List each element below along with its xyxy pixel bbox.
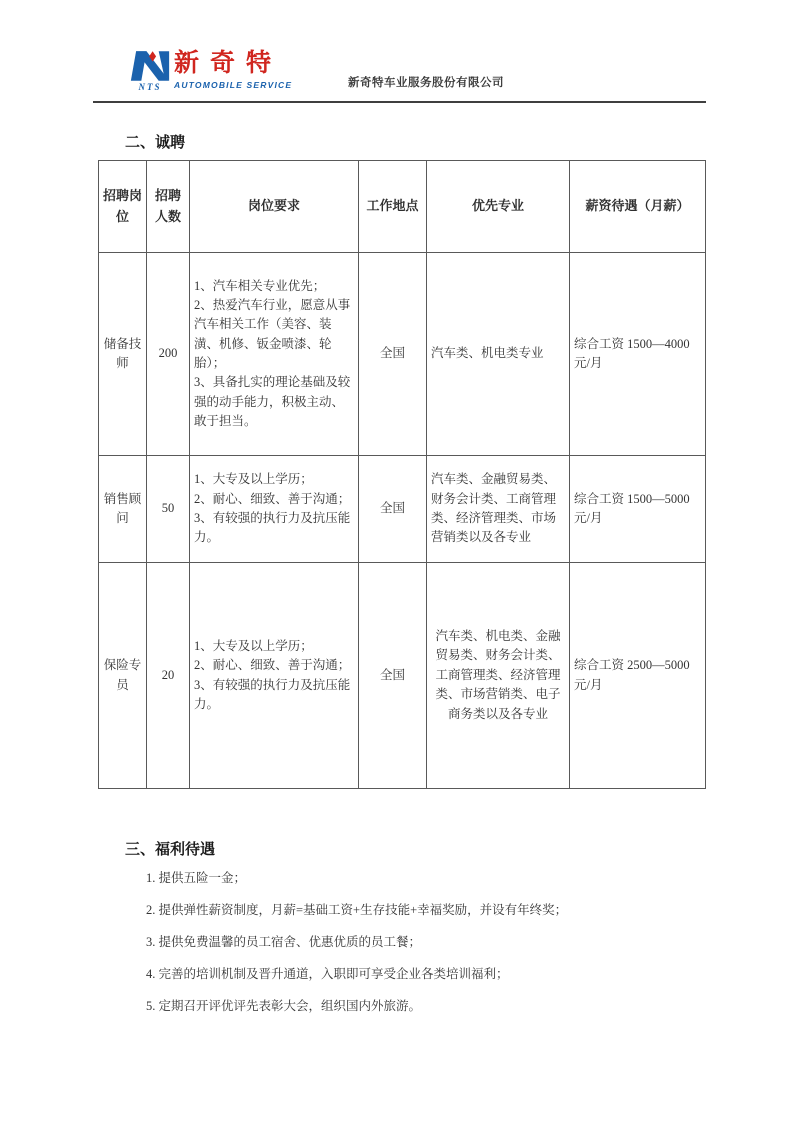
cell-majors: 汽车类、金融贸易类、财务会计类、工商管理类、经济管理类、市场营销类以及各专业 [427, 456, 570, 563]
cell-majors: 汽车类、机电类专业 [427, 253, 570, 456]
col-header-salary: 薪资待遇（月薪） [570, 161, 706, 253]
cell-salary: 综合工资 2500—5000元/月 [570, 563, 706, 789]
company-name: 新奇特车业服务股份有限公司 [348, 74, 504, 90]
cell-headcount: 20 [147, 563, 190, 789]
benefits-list: 1. 提供五险一金； 2. 提供弹性薪资制度，月薪=基础工资+生存技能+幸福奖励… [146, 869, 567, 1029]
nts-n-logo-icon [130, 50, 170, 82]
benefit-item: 5. 定期召开评优评先表彰大会，组织国内外旅游。 [146, 997, 567, 1016]
cell-majors: 汽车类、机电类、金融贸易类、财务会计类、工商管理类、经济管理类、市场营销类、电子… [427, 563, 570, 789]
cell-salary: 综合工资 1500—5000元/月 [570, 456, 706, 563]
logo-brand-chinese: 新奇特 [174, 50, 292, 78]
company-logo: NTS 新奇特 AUTOMOBILE SERVICE [130, 50, 292, 92]
benefit-item: 2. 提供弹性薪资制度，月薪=基础工资+生存技能+幸福奖励，并设有年终奖； [146, 901, 567, 920]
table-header-row: 招聘岗位 招聘人数 岗位要求 工作地点 优先专业 薪资待遇（月薪） [99, 161, 706, 253]
cell-location: 全国 [359, 563, 427, 789]
benefit-item: 1. 提供五险一金； [146, 869, 567, 888]
cell-headcount: 200 [147, 253, 190, 456]
col-header-requirements: 岗位要求 [190, 161, 359, 253]
cell-position: 保险专员 [99, 563, 147, 789]
benefit-item: 4. 完善的培训机制及晋升通道，入职即可享受企业各类培训福利； [146, 965, 567, 984]
cell-position: 储备技师 [99, 253, 147, 456]
cell-requirements: 1、大专及以上学历； 2、耐心、细致、善于沟通； 3、有较强的执行力及抗压能力。 [190, 563, 359, 789]
recruit-table-wrap: 招聘岗位 招聘人数 岗位要求 工作地点 优先专业 薪资待遇（月薪） 储备技师 2… [98, 160, 705, 789]
cell-requirements: 1、大专及以上学历； 2、耐心、细致、善于沟通； 3、有较强的执行力及抗压能力。 [190, 456, 359, 563]
col-header-headcount: 招聘人数 [147, 161, 190, 253]
header-divider [93, 101, 706, 103]
table-row: 销售顾问 50 1、大专及以上学历； 2、耐心、细致、善于沟通； 3、有较强的执… [99, 456, 706, 563]
cell-position: 销售顾问 [99, 456, 147, 563]
col-header-location: 工作地点 [359, 161, 427, 253]
col-header-majors: 优先专业 [427, 161, 570, 253]
col-header-position: 招聘岗位 [99, 161, 147, 253]
recruit-table: 招聘岗位 招聘人数 岗位要求 工作地点 优先专业 薪资待遇（月薪） 储备技师 2… [98, 160, 706, 789]
cell-headcount: 50 [147, 456, 190, 563]
logo-brand-english: AUTOMOBILE SERVICE [174, 81, 292, 90]
cell-requirements: 1、汽车相关专业优先； 2、热爱汽车行业，愿意从事汽车相关工作（美容、装潢、机修… [190, 253, 359, 456]
cell-location: 全国 [359, 456, 427, 563]
document-page: NTS 新奇特 AUTOMOBILE SERVICE 新奇特车业服务股份有限公司… [0, 0, 799, 1131]
logo-brand-column: 新奇特 AUTOMOBILE SERVICE [174, 50, 292, 89]
document-header: NTS 新奇特 AUTOMOBILE SERVICE 新奇特车业服务股份有限公司 [130, 50, 705, 98]
benefit-item: 3. 提供免费温馨的员工宿舍、优惠优质的员工餐； [146, 933, 567, 952]
table-row: 储备技师 200 1、汽车相关专业优先； 2、热爱汽车行业，愿意从事汽车相关工作… [99, 253, 706, 456]
cell-location: 全国 [359, 253, 427, 456]
benefits-section-title: 三、福利待遇 [125, 838, 215, 859]
recruit-section-title: 二、诚聘 [125, 131, 185, 152]
table-row: 保险专员 20 1、大专及以上学历； 2、耐心、细致、善于沟通； 3、有较强的执… [99, 563, 706, 789]
logo-abbr-text: NTS [138, 83, 161, 92]
logo-mark-column: NTS [130, 50, 170, 92]
cell-salary: 综合工资 1500—4000元/月 [570, 253, 706, 456]
